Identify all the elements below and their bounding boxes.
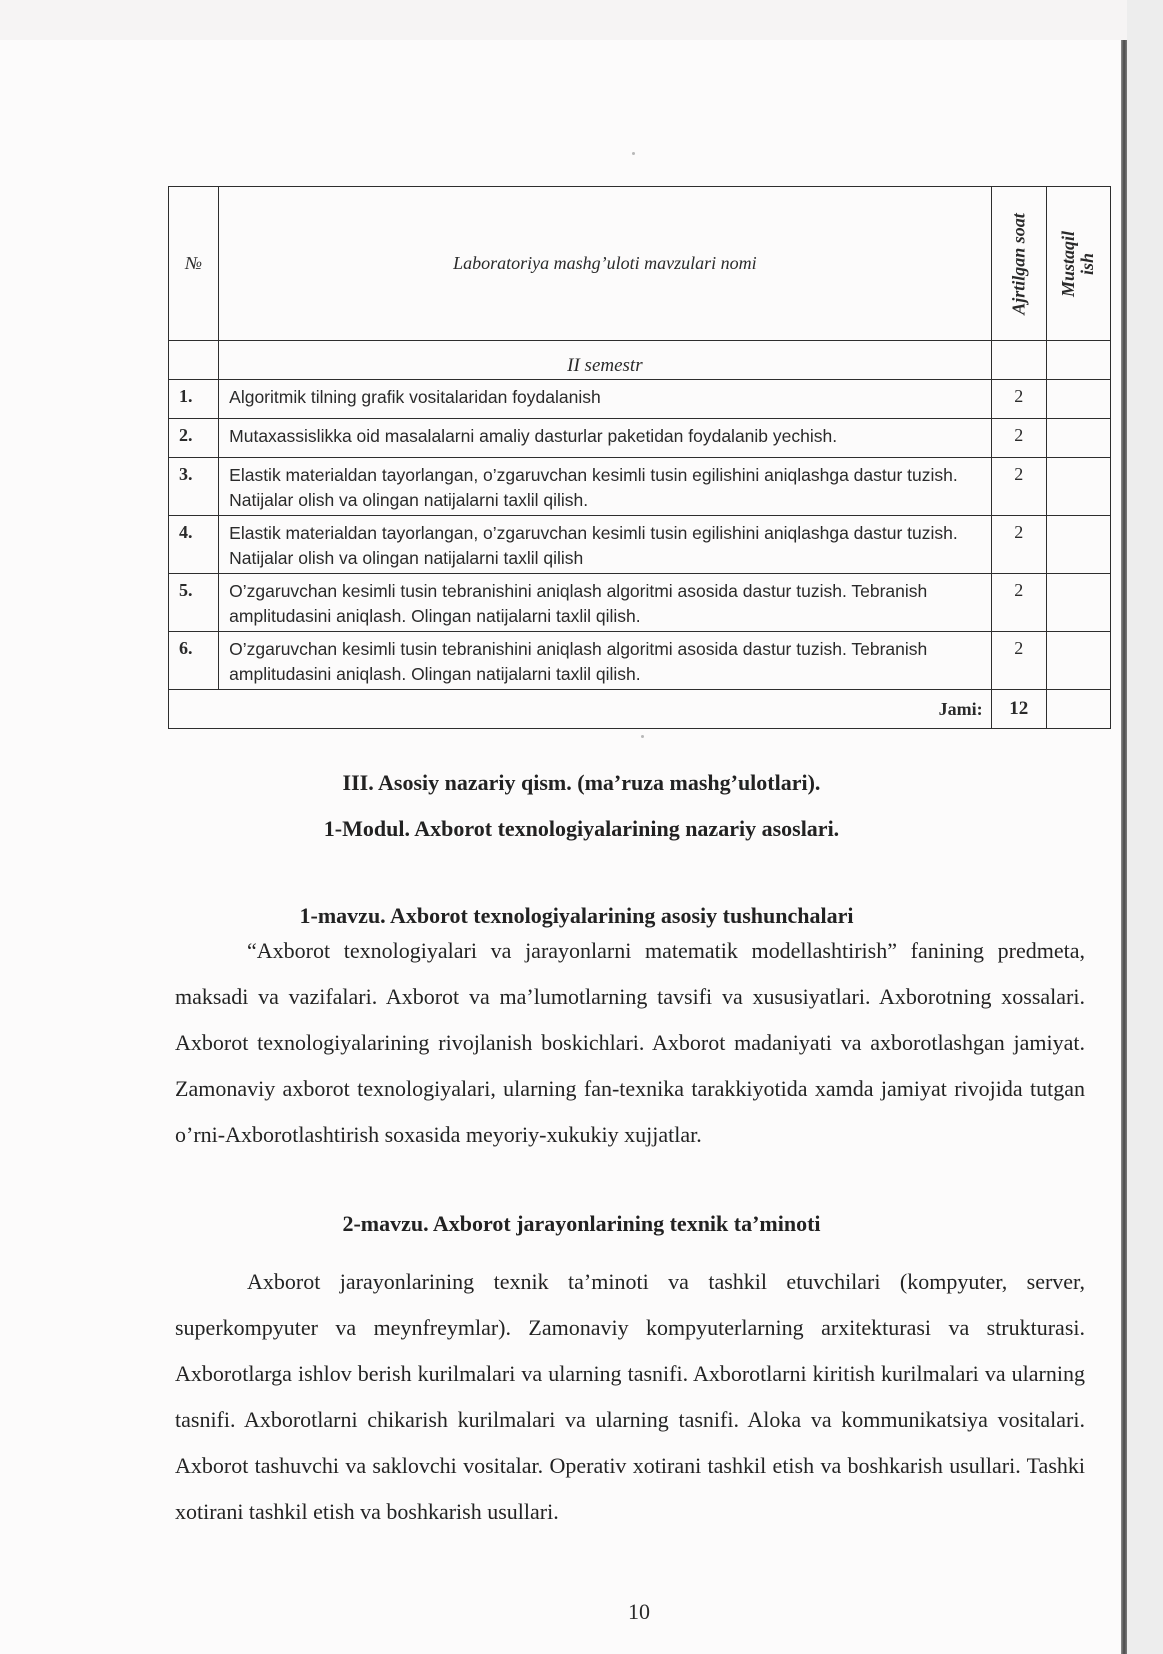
row-self-study — [1046, 632, 1110, 690]
row-number: 3. — [169, 458, 219, 516]
row-hours: 2 — [991, 516, 1046, 574]
page-number: 10 — [628, 1599, 650, 1625]
total-hours: 12 — [991, 690, 1046, 729]
row-self-study — [1046, 516, 1110, 574]
topic-1-body: “Axborot texnologiyalari va jarayonlarni… — [175, 928, 1085, 1158]
row-number: 5. — [169, 574, 219, 632]
semester-hours-cell — [991, 341, 1046, 380]
total-self-study — [1046, 690, 1110, 729]
row-self-study — [1046, 419, 1110, 458]
row-hours: 2 — [991, 574, 1046, 632]
row-self-study — [1046, 574, 1110, 632]
row-hours: 2 — [991, 380, 1046, 419]
row-hours: 2 — [991, 632, 1046, 690]
row-title: Elastik materialdan tayorlangan, o’zgaru… — [219, 516, 991, 574]
table-row: 6. O’zgaruvchan kesimli tusin tebranishi… — [169, 632, 1111, 690]
semester-num-cell — [169, 341, 219, 380]
row-title: O’zgaruvchan kesimli tusin tebranishini … — [219, 574, 991, 632]
header-self-study: Mustaqil ish — [1046, 187, 1110, 341]
module-heading: 1-Modul. Axborot texnologiyalarining naz… — [0, 816, 1163, 842]
table-row: 2. Mutaxassislikka oid masalalarni amali… — [169, 419, 1111, 458]
row-hours: 2 — [991, 458, 1046, 516]
row-title: Elastik materialdan tayorlangan, o’zgaru… — [219, 458, 991, 516]
total-row: Jami: 12 — [169, 690, 1111, 729]
semester-row: II semestr — [169, 341, 1111, 380]
row-number: 4. — [169, 516, 219, 574]
lab-topics-table: № Laboratoriya mashg’uloti mavzulari nom… — [168, 186, 1111, 729]
row-title: Algoritmik tilning grafik vositalaridan … — [219, 380, 991, 419]
table-header-row: № Laboratoriya mashg’uloti mavzulari nom… — [169, 187, 1111, 341]
scan-speck — [632, 152, 635, 155]
semester-self-cell — [1046, 341, 1110, 380]
page-edge-shadow — [1121, 40, 1127, 1654]
row-title: Mutaxassislikka oid masalalarni amaliy d… — [219, 419, 991, 458]
row-number: 6. — [169, 632, 219, 690]
part-heading: III. Asosiy nazariy qism. (ma’ruza mashg… — [0, 770, 1163, 796]
topic-2-body: Axborot jarayonlarining texnik ta’minoti… — [175, 1259, 1085, 1535]
table-row: 1. Algoritmik tilning grafik vositalarid… — [169, 380, 1111, 419]
row-self-study — [1046, 458, 1110, 516]
header-number: № — [169, 187, 219, 341]
total-label: Jami: — [169, 690, 992, 729]
topic-2-heading: 2-mavzu. Axborot jarayonlarining texnik … — [0, 1211, 1163, 1237]
header-hours-label: Ajrtilgan soat — [1009, 213, 1028, 315]
table-row: 5. O’zgaruvchan kesimli tusin tebranishi… — [169, 574, 1111, 632]
row-self-study — [1046, 380, 1110, 419]
header-title: Laboratoriya mashg’uloti mavzulari nomi — [219, 187, 991, 341]
topic-1-heading: 1-mavzu. Axborot texnologiyalarining aso… — [0, 903, 1153, 929]
header-self-study-line2: ish — [1078, 230, 1097, 296]
header-hours: Ajrtilgan soat — [991, 187, 1046, 341]
row-number: 2. — [169, 419, 219, 458]
row-number: 1. — [169, 380, 219, 419]
table-row: 3. Elastik materialdan tayorlangan, o’zg… — [169, 458, 1111, 516]
semester-label: II semestr — [219, 341, 991, 380]
row-title: O’zgaruvchan kesimli tusin tebranishini … — [219, 632, 991, 690]
scan-speck — [641, 735, 644, 738]
row-hours: 2 — [991, 419, 1046, 458]
header-self-study-label: Mustaqil ish — [1059, 230, 1097, 296]
table-row: 4. Elastik materialdan tayorlangan, o’zg… — [169, 516, 1111, 574]
header-self-study-line1: Mustaqil — [1059, 230, 1078, 296]
